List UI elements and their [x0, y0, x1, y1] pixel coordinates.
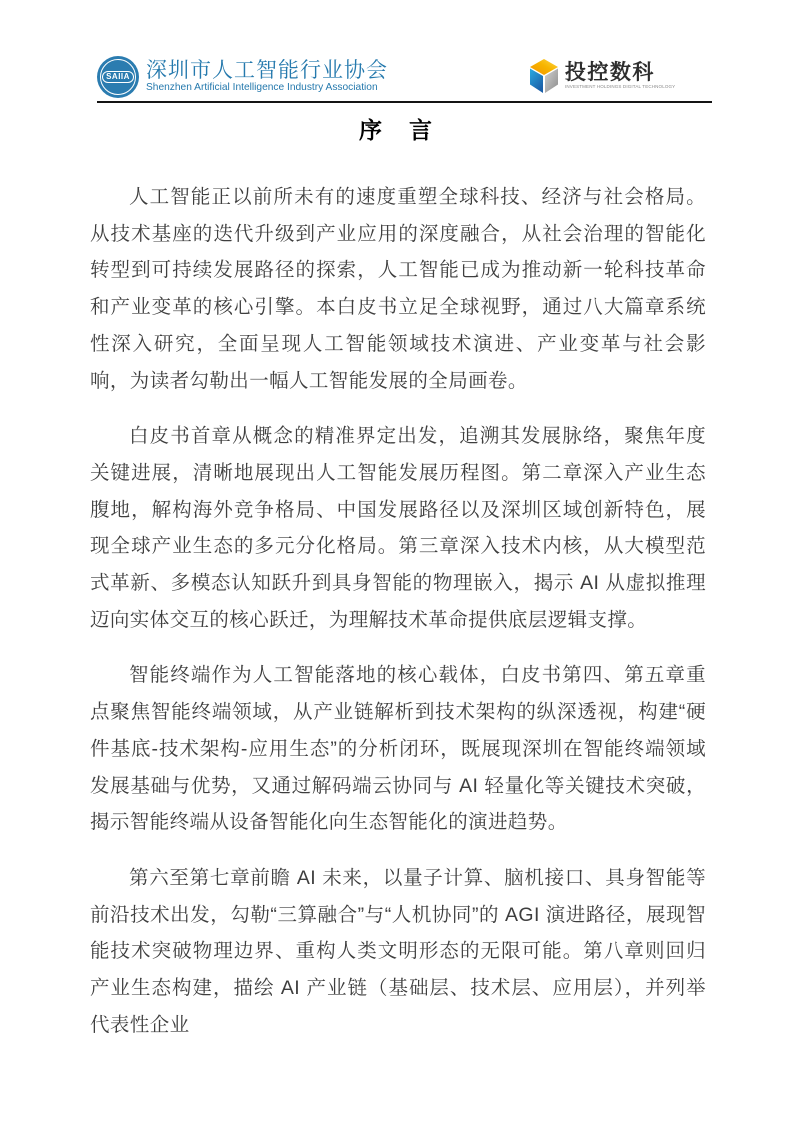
paragraph: 第六至第七章前瞻 AI 未来，以量子计算、脑机接口、具身智能等前沿技术出发，勾勒…	[90, 860, 706, 1044]
paragraph: 智能终端作为人工智能落地的核心载体，白皮书第四、第五章重点聚焦智能终端领域，从产…	[90, 657, 706, 841]
document-page: SAIIA 深圳市人工智能行业协会 Shenzhen Artificial In…	[0, 0, 793, 1122]
tkds-brand-zh: 投控数科	[565, 61, 712, 84]
paragraph: 白皮书首章从概念的精准界定出发，追溯其发展脉络，聚焦年度关键进展，清晰地展现出人…	[90, 418, 706, 638]
tkds-brand-en: INVESTMENT HOLDINGS DIGITAL TECHNOLOGY	[565, 85, 675, 90]
saiia-badge-label: SAIIA	[102, 71, 134, 83]
cube-icon	[529, 58, 559, 94]
org-name-block: 深圳市人工智能行业协会 Shenzhen Artificial Intellig…	[146, 59, 388, 95]
preface-body: 人工智能正以前所未有的速度重塑全球科技、经济与社会格局。从技术基座的迭代升级到产…	[90, 179, 706, 1043]
page-header: SAIIA 深圳市人工智能行业协会 Shenzhen Artificial In…	[97, 56, 712, 103]
page-title: 序 言	[0, 115, 793, 145]
org-name-zh: 深圳市人工智能行业协会	[146, 59, 388, 82]
tkds-text-block: 投控数科 INVESTMENT HOLDINGS DIGITAL TECHNOL…	[565, 61, 712, 91]
tkds-logo: 投控数科 INVESTMENT HOLDINGS DIGITAL TECHNOL…	[529, 58, 712, 98]
saiia-badge-icon: SAIIA	[97, 56, 139, 98]
org-name-en: Shenzhen Artificial Intelligence Industr…	[146, 82, 388, 95]
saiia-logo: SAIIA 深圳市人工智能行业协会 Shenzhen Artificial In…	[97, 56, 388, 98]
paragraph: 人工智能正以前所未有的速度重塑全球科技、经济与社会格局。从技术基座的迭代升级到产…	[90, 179, 706, 399]
